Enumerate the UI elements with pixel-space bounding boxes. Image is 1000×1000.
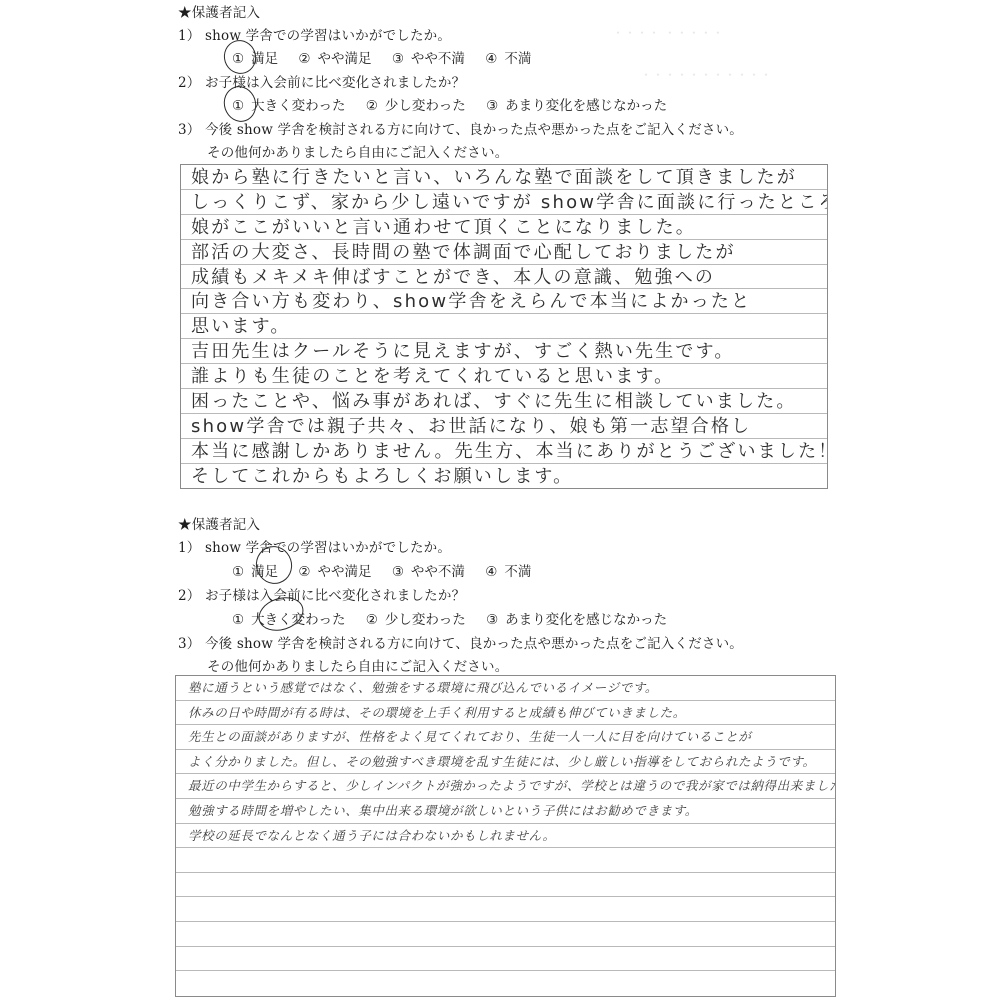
comment-line: 娘がここがいいと言い通わせて頂くことになりました。 (181, 215, 827, 240)
question-1-options: ①満足 ②やや満足 ③やや不満 ④不満 (232, 47, 547, 67)
comment-line (176, 971, 835, 996)
comment-line: 吉田先生はクールそうに見えますが、すごく熱い先生です。 (181, 339, 827, 364)
question-1-label: 1） show 学舎での学習はいかがでしたか。 (178, 24, 451, 44)
comment-line: 誰よりも生徒のことを考えてくれていると思います。 (181, 364, 827, 389)
comment-line (176, 848, 835, 873)
comment-line: 娘から塾に行きたいと言い、いろんな塾で面談をして頂きましたが (181, 165, 827, 190)
comment-line: 先生との面談がありますが、性格をよく見てくれており、生徒一人一人に目を向けている… (176, 725, 835, 750)
form-heading: ★保護者記入 (178, 1, 260, 21)
question-3-label: 3） 今後 show 学舎を検討される方に向けて、良かった点や悪かった点をご記入… (178, 118, 743, 138)
comment-line: しっくりこず、家から少し遠いですが show学舎に面談に行ったところ (181, 190, 827, 215)
q2-option-changed-greatly[interactable]: ①大きく変わった (232, 608, 345, 628)
q2-option-changed-greatly[interactable]: ①大きく変わった (232, 94, 345, 114)
question-2-options: ①大きく変わった ②少し変わった ③あまり変化を感じなかった (232, 608, 683, 628)
question-1-label: 1） show 学舎での学習はいかがでしたか。 (178, 536, 451, 556)
comment-line: show学舎では親子共々、お世話になり、娘も第一志望合格し (181, 414, 827, 439)
comment-line: 部活の大変さ、長時間の塾で体調面で心配しておりましたが (181, 240, 827, 265)
q1-option-somewhat-dissatisfied[interactable]: ③やや不満 (392, 560, 465, 580)
question-2-label: 2） お子様は入会前に比べ変化されましたか？ (178, 584, 465, 604)
q2-option-changed-slightly[interactable]: ②少し変わった (366, 94, 466, 114)
free-comment-box[interactable]: 塾に通うという感覚ではなく、勉強をする環境に飛び込んでいるイメージです。 休みの… (175, 675, 836, 997)
question-2-label: 2） お子様は入会前に比べ変化されましたか？ (178, 71, 465, 91)
free-comment-box[interactable]: 娘から塾に行きたいと言い、いろんな塾で面談をして頂きましたが しっくりこず、家か… (180, 164, 828, 489)
comment-line: 勉強する時間を増やしたい、集中出来る環境が欲しいという子供にはお勧めできます。 (176, 799, 835, 824)
show-through-text: ・・・・・・・・・・・ (640, 66, 772, 83)
comment-line: 最近の中学生からすると、少しインパクトが強かったようですが、学校とは違うので我が… (176, 774, 835, 799)
q1-option-satisfied[interactable]: ①満足 (232, 560, 278, 580)
comment-line: 休みの日や時間が有る時は、その環境を上手く利用すると成績も伸びていきました。 (176, 701, 835, 726)
q1-option-somewhat-satisfied[interactable]: ②やや満足 (298, 560, 371, 580)
q1-option-somewhat-satisfied[interactable]: ②やや満足 (298, 47, 371, 67)
comment-line: 本当に感謝しかありません。先生方、本当にありがとうございました！ (181, 439, 827, 464)
show-through-text: ・・・・ ・・・・・ (612, 24, 724, 41)
comment-line (176, 873, 835, 898)
q2-option-changed-slightly[interactable]: ②少し変わった (366, 608, 466, 628)
question-1-options: ①満足 ②やや満足 ③やや不満 ④不満 (232, 560, 547, 580)
comment-line: そしてこれからもよろしくお願いします。 (181, 464, 827, 489)
question-3-sublabel: その他何かありましたら自由にご記入ください。 (207, 141, 508, 161)
q1-option-dissatisfied[interactable]: ④不満 (485, 560, 531, 580)
comment-line (176, 922, 835, 947)
form-heading: ★保護者記入 (178, 513, 260, 533)
q2-option-little-change[interactable]: ③あまり変化を感じなかった (486, 608, 667, 628)
comment-line: 成績もメキメキ伸ばすことができ、本人の意識、勉強への (181, 265, 827, 290)
q1-option-satisfied[interactable]: ①満足 (232, 47, 278, 67)
comment-line (176, 947, 835, 972)
comment-line: 塾に通うという感覚ではなく、勉強をする環境に飛び込んでいるイメージです。 (176, 676, 835, 701)
comment-line: 向き合い方も変わり、show学舎をえらんで本当によかったと (181, 289, 827, 314)
q1-option-dissatisfied[interactable]: ④不満 (485, 47, 531, 67)
q1-option-somewhat-dissatisfied[interactable]: ③やや不満 (392, 47, 465, 67)
question-3-sublabel: その他何かありましたら自由にご記入ください。 (207, 655, 508, 675)
comment-line: 学校の延長でなんとなく通う子には合わないかもしれません。 (176, 824, 835, 849)
comment-line: よく分かりました。但し、その勉強すべき環境を乱す生徒には、少し厳しい指導をしてお… (176, 750, 835, 775)
comment-line (176, 897, 835, 922)
question-3-label: 3） 今後 show 学舎を検討される方に向けて、良かった点や悪かった点をご記入… (178, 632, 743, 652)
comment-line: 思います。 (181, 314, 827, 339)
q2-option-little-change[interactable]: ③あまり変化を感じなかった (486, 94, 667, 114)
comment-line: 困ったことや、悩み事があれば、すぐに先生に相談していました。 (181, 389, 827, 414)
question-2-options: ①大きく変わった ②少し変わった ③あまり変化を感じなかった (232, 94, 683, 114)
